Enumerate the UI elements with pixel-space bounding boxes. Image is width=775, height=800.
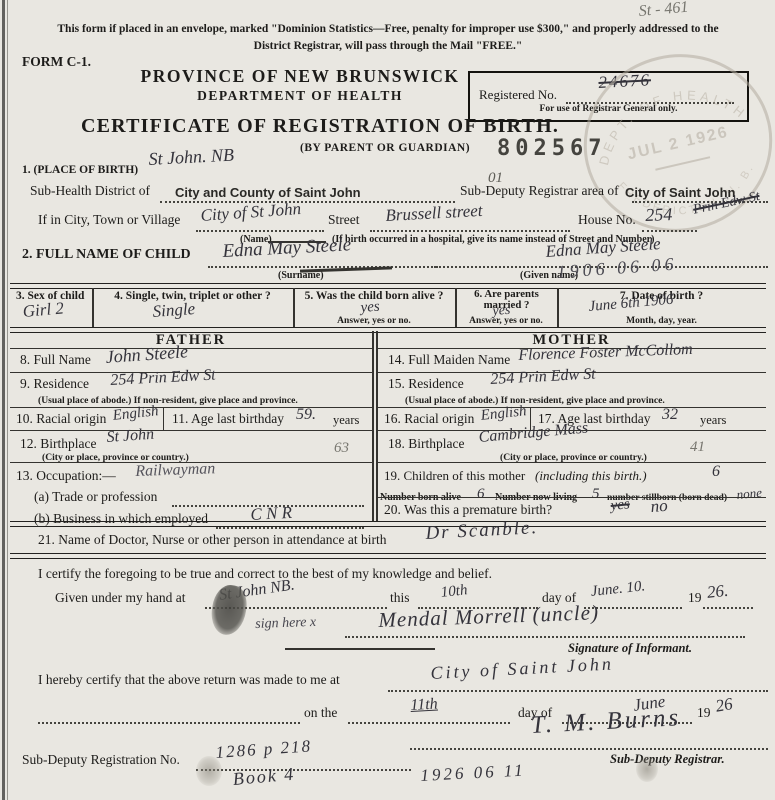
place-of-birth-value: St John. NB: [148, 145, 234, 170]
birth-certificate-scan: St - 461 This form if placed in an envel…: [0, 0, 775, 800]
mother-children-value: 6: [712, 463, 720, 481]
born-alive-value: yes: [360, 299, 380, 317]
father-name-value: John Steele: [105, 341, 189, 368]
father-occupation-value: Railwayman: [135, 460, 216, 481]
this-label: this: [390, 590, 410, 606]
dotted-underline: [370, 230, 570, 232]
ink-blot: [209, 583, 250, 637]
place-of-birth-label: 1. (PLACE OF BIRTH): [22, 164, 138, 176]
dotted-underline: [345, 636, 745, 638]
father-name-label: 8. Full Name: [20, 352, 91, 368]
sub-health-district-label: Sub-Health District of: [30, 183, 150, 199]
row-rule: [377, 462, 766, 463]
registrar-day-value: 11th: [410, 696, 438, 715]
registration-no-value: 1286 p 218: [215, 736, 313, 763]
birth-date-note: Month, day, year.: [557, 316, 766, 326]
attendant-value: Dr Scanble.: [425, 517, 539, 545]
street-value: Brussell street: [385, 201, 483, 226]
mother-origin-value: English: [480, 403, 527, 425]
sub-health-district-stamped-value: City and County of Saint John: [175, 185, 361, 200]
mother-name-label: 14. Full Maiden Name: [388, 352, 510, 368]
dotted-underline: [160, 201, 455, 203]
mother-age-unit: years: [700, 413, 726, 428]
mother-pencil-age: 41: [690, 439, 705, 456]
row-rule: [10, 348, 372, 349]
premature-value: no: [650, 496, 668, 517]
father-age-value: 59.: [296, 406, 316, 424]
stamp-date: JUL 2 1926: [626, 124, 731, 164]
dotted-underline: [348, 722, 510, 724]
registrar-date-code: 1926 06 11: [420, 760, 526, 785]
parents-married-note: Answer, yes or no.: [455, 316, 557, 326]
sub-deputy-registrar-label: Sub-Deputy Registrar.: [610, 752, 725, 767]
province-title: PROVINCE OF NEW BRUNSWICK: [75, 66, 525, 87]
month-value: June. 10.: [590, 578, 646, 601]
binding-edge-line-2: [7, 0, 8, 800]
pencil-annotation-top-right: St - 461: [638, 0, 689, 21]
father-birthplace-label: 12. Birthplace: [20, 436, 96, 452]
number-now-living-value: 5: [592, 486, 600, 503]
father-origin-label: 10. Racial origin: [16, 411, 106, 427]
this-day-value: 10th: [440, 582, 468, 602]
father-pencil-age: 63: [334, 440, 349, 457]
parent-column-divider: [372, 331, 374, 521]
book-value: Book 4: [232, 764, 296, 790]
double-rule: [10, 283, 766, 289]
dotted-underline: [196, 769, 411, 771]
sign-here-label: sign here x: [255, 615, 316, 633]
father-age-label: 11. Age last birthday: [172, 411, 284, 427]
premature-birth-label: 20. Was this a premature birth?: [384, 502, 552, 518]
father-residence-label: 9. Residence: [20, 376, 89, 392]
year-prefix: 19: [688, 590, 702, 606]
registrar-certify-text: I hereby certify that the above return w…: [38, 672, 340, 688]
child-name-label: 2. FULL NAME OF CHILD: [22, 247, 191, 263]
mother-residence-note: (Usual place of abode.) If non-resident,…: [405, 395, 665, 406]
stamped-serial-number: 802567: [497, 136, 606, 161]
mother-age-value: 32: [662, 406, 678, 424]
father-origin-value: English: [112, 403, 159, 425]
dotted-underline: [388, 690, 768, 692]
father-age-unit: years: [333, 413, 359, 428]
dotted-underline: [208, 266, 436, 268]
attendant-label: 21. Name of Doctor, Nurse or other perso…: [38, 532, 386, 548]
father-residence-note: (Usual place of abode.) If non-resident,…: [38, 395, 298, 406]
department-title: DEPARTMENT OF HEALTH: [75, 88, 525, 104]
row-rule: [377, 497, 766, 498]
fingerprint-smudge: [636, 756, 658, 782]
informant-signature: Mendal Morrell (uncle): [378, 600, 599, 633]
dotted-underline: [38, 722, 300, 724]
sub-deputy-area-label: Sub-Deputy Registrar area of: [460, 183, 619, 199]
premature-crossed-out-value: yes: [610, 496, 631, 515]
registered-no-label: Registered No.: [479, 87, 557, 103]
house-no-value: 254: [645, 204, 673, 226]
street-label: Street: [328, 212, 360, 228]
dotted-underline: [703, 607, 753, 609]
father-header: FATHER: [10, 332, 372, 349]
registrar-place-value: City of Saint John: [430, 653, 614, 684]
certificate-subtitle: (BY PARENT OR GUARDIAN): [300, 142, 470, 154]
row-rule: [10, 430, 372, 431]
mother-origin-label: 16. Racial origin: [384, 411, 474, 427]
sex-value: Girl 2: [22, 298, 65, 322]
mother-residence-value: 254 Prin Edw St: [490, 365, 596, 388]
city-town-village-value: City of St John: [200, 199, 302, 226]
cell-divider: [163, 408, 164, 430]
registration-no-label: Sub-Deputy Registration No.: [22, 752, 180, 768]
house-no-label: House No.: [578, 212, 636, 228]
mother-residence-label: 15. Residence: [388, 376, 464, 392]
row-rule: [377, 407, 766, 408]
number-born-alive-value: 6: [477, 486, 485, 503]
parent-column-divider: [376, 331, 378, 521]
plurality-value: Single: [152, 299, 196, 322]
born-alive-note: Answer, yes or no.: [293, 316, 455, 326]
fingerprint-smudge: [196, 756, 222, 786]
city-town-village-label: If in City, Town or Village: [38, 212, 180, 228]
mother-children-label-italic: (including this birth.): [535, 468, 647, 484]
mail-notice: This form if placed in an envelope, mark…: [50, 21, 726, 54]
father-birthplace-value: St John: [106, 426, 155, 447]
given-at-label: Given under my hand at: [55, 590, 185, 606]
mother-children-label: 19. Children of this mother: [384, 468, 525, 484]
dotted-underline: [410, 748, 768, 750]
double-rule: [10, 553, 766, 559]
solid-line: [285, 648, 435, 650]
father-residence-value: 254 Prin Edw St: [110, 366, 216, 389]
certificate-title: CERTIFICATE OF REGISTRATION OF BIRTH.: [30, 115, 610, 138]
father-occupation-label: 13. Occupation:—: [16, 468, 116, 484]
registrar-year-prefix: 19: [697, 705, 711, 721]
mother-birthplace-label: 18. Birthplace: [388, 436, 464, 452]
dotted-underline: [642, 230, 697, 232]
registrar-year-value: 26: [714, 694, 734, 717]
father-trade-label: (a) Trade or profession: [34, 489, 157, 505]
row-rule: [10, 407, 372, 408]
dotted-underline: [196, 230, 324, 232]
binding-edge-line: [2, 0, 5, 800]
number-stillborn-value: none: [736, 485, 763, 503]
year-value: 26.: [706, 581, 729, 603]
registrar-signature: T. M. Burns: [530, 704, 682, 740]
double-rule: [10, 521, 766, 527]
on-the-label: on the: [304, 705, 337, 721]
dotted-underline: [216, 527, 364, 529]
